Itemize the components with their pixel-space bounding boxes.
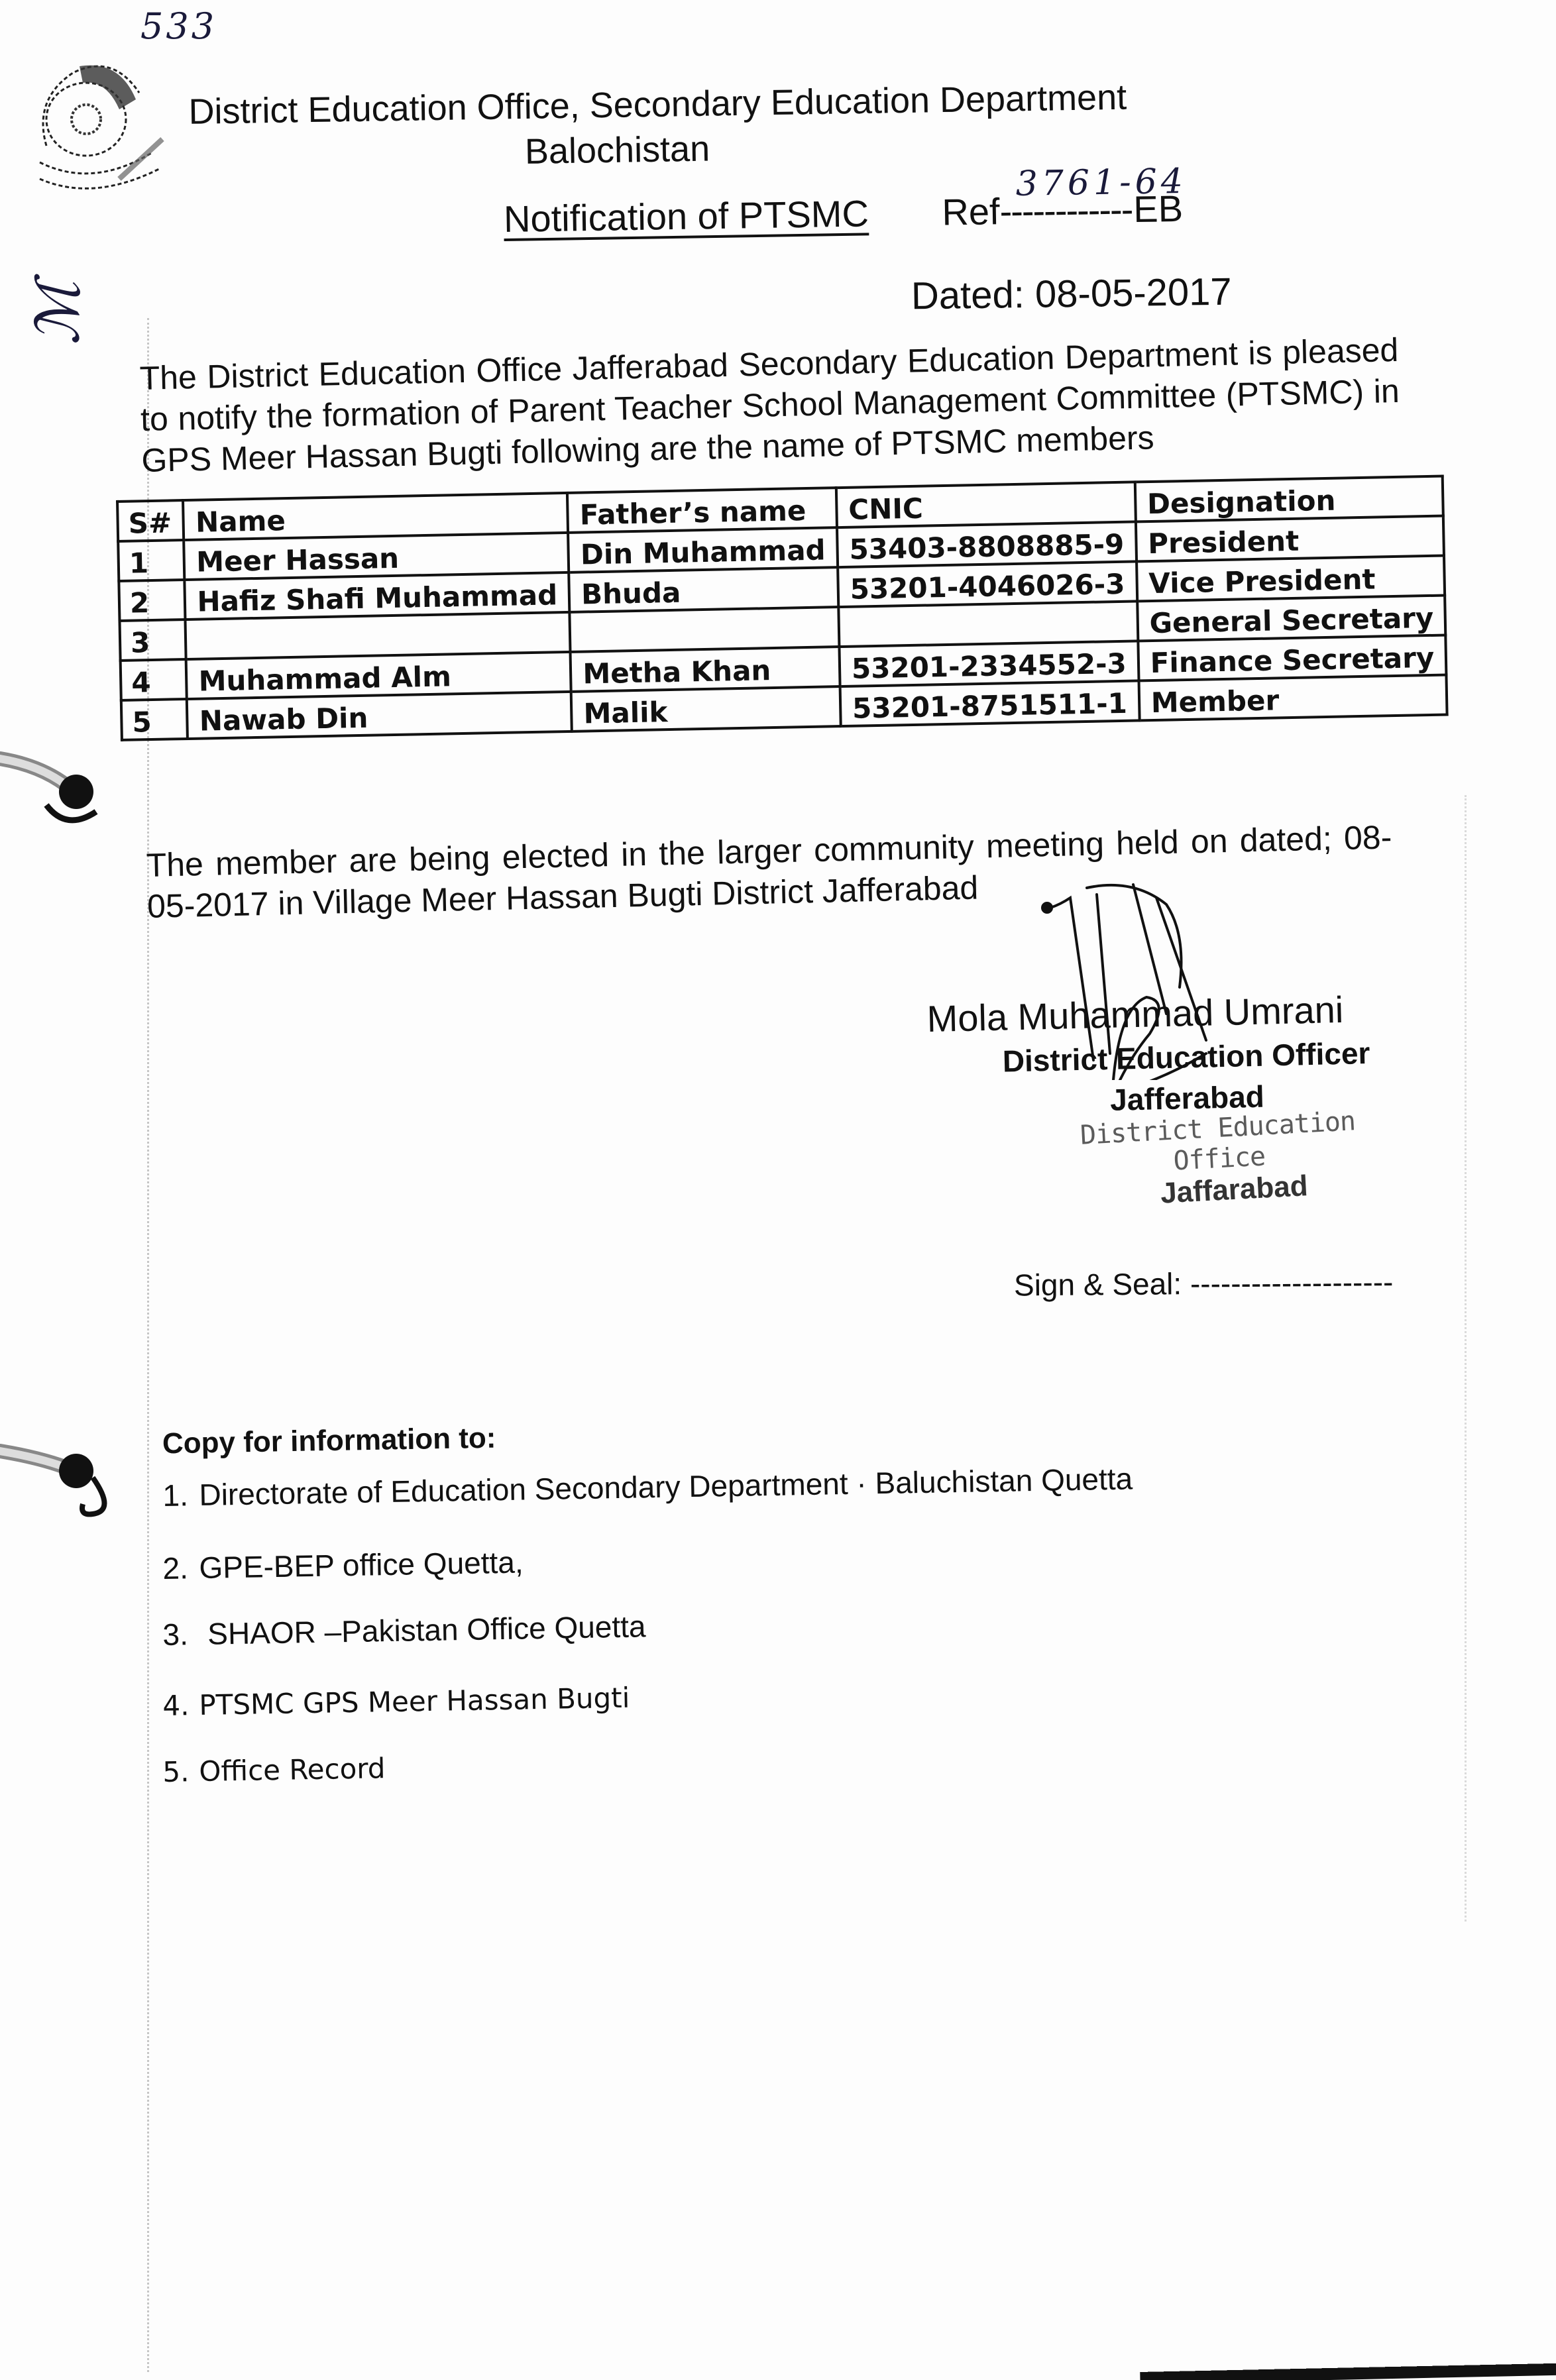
sign-seal-dashes: -------------------- — [1190, 1265, 1394, 1301]
item-text: GPE-BEP office Quetta, — [199, 1545, 524, 1586]
copy-recipient-item: 3. SHAOR –Pakistan Office Quetta — [162, 1608, 646, 1652]
sign-and-seal-line: Sign & Seal: -------------------- — [1014, 1264, 1394, 1303]
notification-title-row: Notification of PTSMC Ref------------EB … — [504, 187, 1184, 241]
cell-designation: Member — [1139, 675, 1447, 721]
cell-sn: 5 — [121, 699, 188, 740]
cell-designation: Finance Secretary — [1138, 635, 1447, 681]
cell-name — [186, 612, 571, 659]
cell-designation: General Secretary — [1137, 596, 1446, 641]
copy-for-information-heading: Copy for information to: — [162, 1422, 496, 1461]
cell-sn: 2 — [119, 580, 186, 621]
item-number: 2. — [162, 1550, 199, 1586]
cell-sn: 1 — [118, 540, 185, 581]
handwritten-page-number: 533 — [140, 5, 217, 47]
signatory-block: Mola Muhammad Umrani District Education … — [926, 985, 1406, 1124]
column-header-father-name: Father’s name — [567, 488, 837, 533]
column-header-cnic: CNIC — [836, 482, 1136, 527]
item-text: SHAOR –Pakistan Office Quetta — [199, 1609, 646, 1651]
copy-recipient-item: 2.GPE-BEP office Quetta, — [162, 1544, 524, 1586]
binder-ring-icon — [0, 745, 113, 825]
cell-sn: 4 — [121, 659, 188, 700]
item-number: 3. — [162, 1616, 199, 1652]
cell-cnic: 53201-2334552-3 — [839, 641, 1139, 686]
copy-recipient-item: 1.Directorate of Education Secondary Dep… — [162, 1460, 1133, 1513]
copy-recipient-item: 5.Office Record — [162, 1752, 386, 1788]
intro-paragraph: The District Education Office Jafferabad… — [139, 329, 1401, 481]
cell-father-name: Malik — [571, 686, 841, 731]
item-number: 1. — [162, 1477, 199, 1513]
item-text: Office Record — [199, 1752, 386, 1788]
cell-name: Muhammad Alm — [186, 652, 571, 699]
cell-name: Nawab Din — [187, 692, 572, 739]
sign-seal-label: Sign & Seal: — [1014, 1266, 1182, 1302]
handwritten-ref-number: 3761-64 — [1015, 162, 1187, 204]
office-stamp: District Education Office Jaffarabad — [1045, 1104, 1394, 1216]
ptsmc-members-table: S# Name Father’s name CNIC Designation 1… — [116, 475, 1449, 741]
cell-sn: 3 — [119, 620, 186, 661]
notification-title: Notification of PTSMC — [504, 191, 869, 241]
scan-margin-line — [1465, 795, 1467, 1921]
cell-designation: President — [1136, 516, 1445, 562]
item-number: 4. — [162, 1689, 199, 1722]
item-text: Directorate of Education Secondary Depar… — [199, 1461, 1133, 1512]
column-header-designation: Designation — [1135, 476, 1443, 522]
notification-date: Dated: 08-05-2017 — [911, 270, 1233, 319]
notification-page: 533 ℳ District Education Office, Seconda… — [0, 0, 1556, 2380]
cell-name: Hafiz Shafi Muhammad — [185, 572, 570, 620]
cell-father-name: Bhuda — [569, 567, 838, 612]
cell-father-name — [570, 607, 840, 652]
cell-designation: Vice President — [1137, 556, 1445, 602]
column-header-sn: S# — [117, 500, 184, 541]
cell-name: Meer Hassan — [184, 533, 569, 580]
cell-cnic: 53403-8808885-9 — [837, 521, 1137, 567]
page-bottom-edge — [1140, 2355, 1556, 2380]
ref-prefix: Ref — [942, 190, 1000, 233]
reference-number: Ref------------EB 3761-64 — [942, 187, 1184, 234]
item-text: PTSMC GPS Meer Hassan Bugti — [199, 1682, 630, 1721]
handwritten-initials: ℳ — [24, 281, 93, 345]
cell-father-name: Metha Khan — [571, 647, 840, 692]
cell-cnic: 53201-8751511-1 — [840, 680, 1140, 726]
binder-ring-icon — [0, 1438, 113, 1517]
item-number: 5. — [162, 1755, 199, 1788]
column-header-name: Name — [183, 493, 568, 540]
copy-recipient-item: 4.PTSMC GPS Meer Hassan Bugti — [162, 1682, 630, 1722]
cell-cnic: 53201-4046026-3 — [838, 561, 1137, 607]
cell-cnic — [838, 601, 1138, 647]
cell-father-name: Din Muhammad — [568, 527, 838, 572]
